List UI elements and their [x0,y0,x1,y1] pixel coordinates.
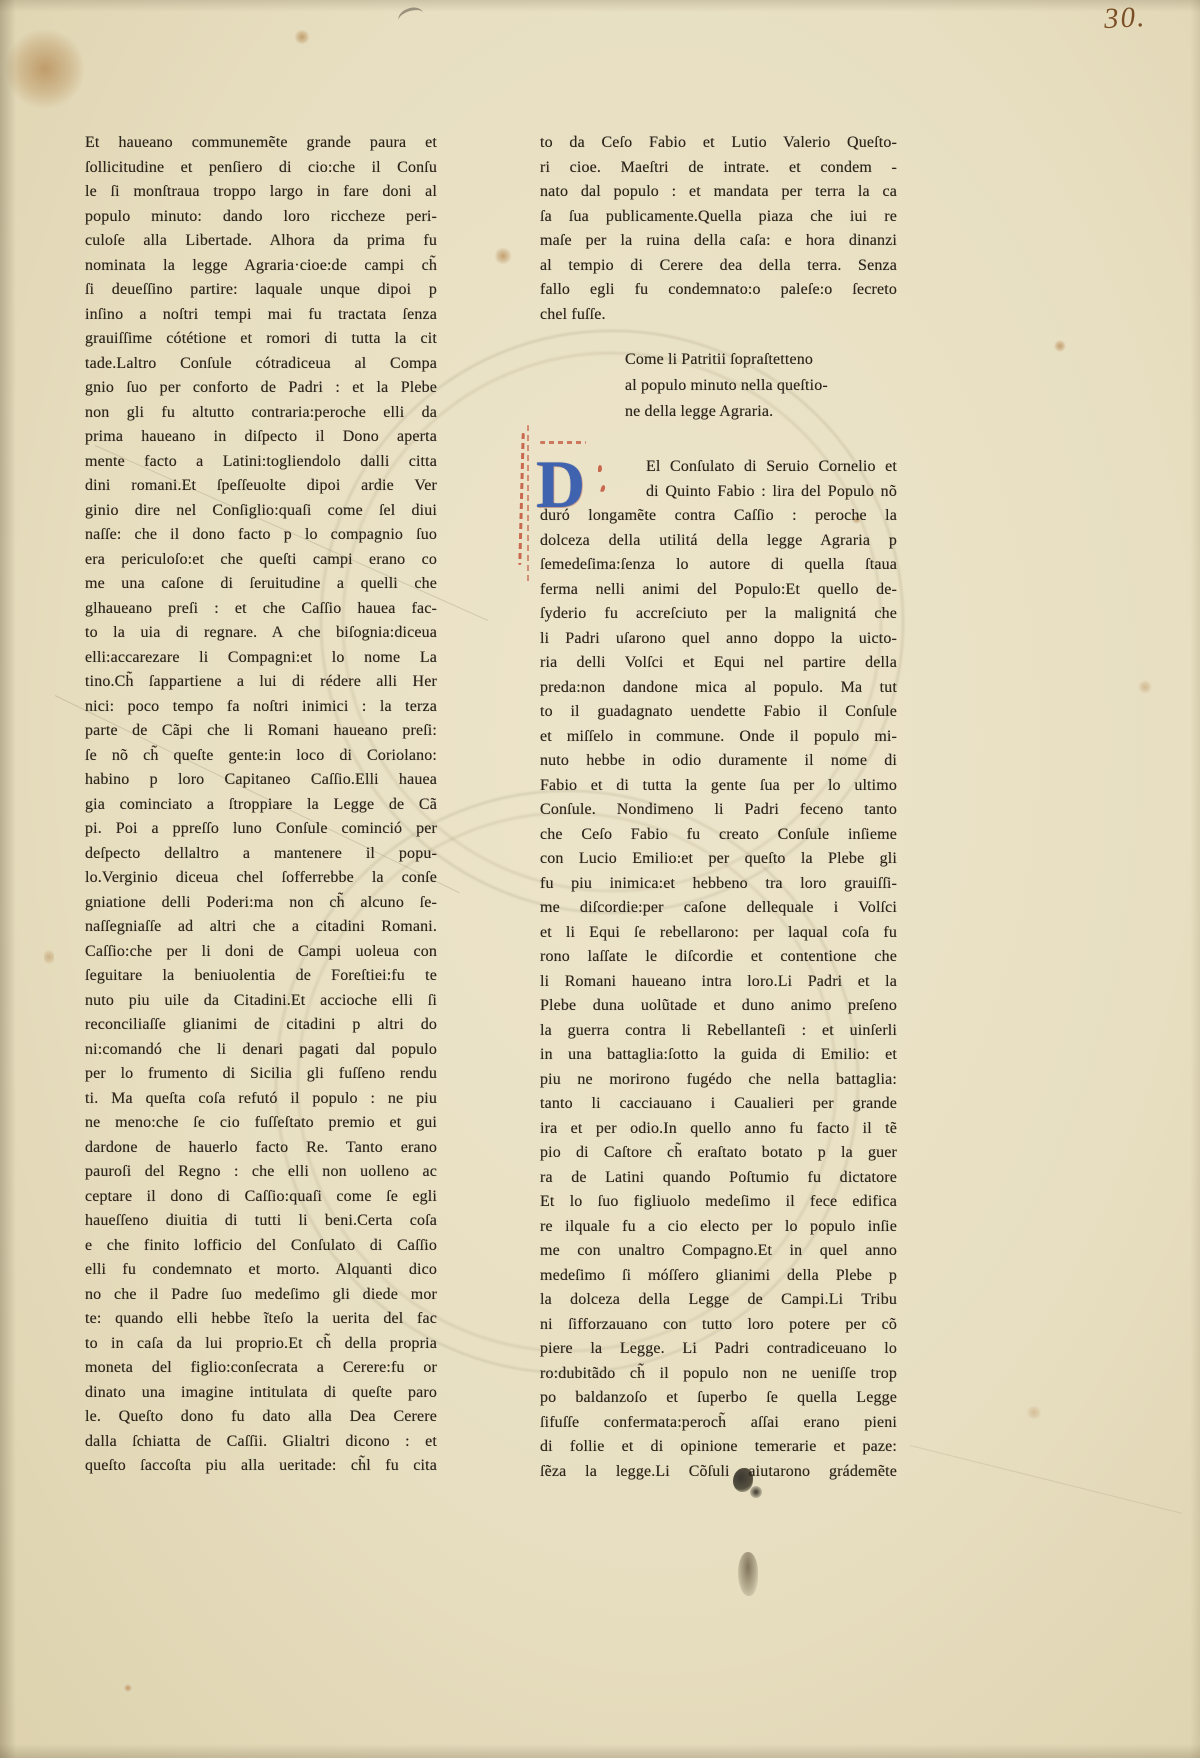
text-line: gniatione delli Poderi:ma non ch̃ alcuno… [85,891,437,916]
text-line: piere la Legge. Li Padri contradiceuano … [540,1337,897,1362]
text-line: Caſſio:che per li doni de Campi uoleua c… [85,940,437,965]
text-line: ira et per odio.In quello anno fu facto … [540,1117,897,1142]
text-line: ne meno:che ſe cio fuſſeſtato premio et … [85,1111,437,1136]
text-line: la dolceza della Legge de Campi.Li Tribu [540,1288,897,1313]
text-line: me con unaltro Compagno.Et in quel anno [540,1239,897,1264]
text-line: elli fu condemnato et morto. Alquanti di… [85,1258,437,1283]
text-line: pio di Caſtore ch̃ eraſtato botato p la … [540,1141,897,1166]
text-line: ginio dire nel Conſiglio:quaſi come ſel … [85,499,437,524]
text-line: e che finito lofficio del Conſulato di C… [85,1234,437,1259]
text-line: mente facto a Latini:togliendolo dalli c… [85,450,437,475]
chapter-heading: Come li Patritii ſopraſtettenoal populo … [540,347,897,425]
text-line: moneta del figlio:conſecrata a Cerere:fu… [85,1356,437,1381]
handwritten-page-number: 30. [1103,1,1147,36]
text-line: gia cominciato a ſtroppiare la Legge de … [85,793,437,818]
text-line: deſpecto dellaltro a mantenere il popu- [85,842,437,867]
text-line: ri cioe. Maeſtri de intrate. et condem - [540,156,897,181]
paragraph-lines: El Conſulato di Seruio Cornelio etdi Qui… [540,455,897,1484]
text-line: fallo egli fu condemnato:o paleſe:o ſecr… [540,278,897,303]
text-line: ra de Latini quando Poſtumio fu dictator… [540,1166,897,1191]
red-penwork-flourish [540,441,586,444]
text-line: to in caſa da lui proprio.Et ch̃ della p… [85,1332,437,1357]
foxing-stain [44,948,54,966]
paper-crease [910,1445,1182,1514]
text-line: tade.Laltro Conſule cótradiceua al Compa [85,352,437,377]
book-page-scan: 30. Et haueano communemẽte grande paura … [0,0,1200,1758]
text-line: re ilquale fu a cio electo per lo populo… [540,1215,897,1240]
text-line: tanto li cacciauano i Caualieri per gran… [540,1092,897,1117]
text-line: Et haueano communemẽte grande paura et [85,131,437,156]
text-line: Et lo ſuo figliuolo medeſimo il fece edi… [540,1190,897,1215]
text-line: elli:accarezare li Compagni:et lo nome L… [85,646,437,671]
paragraph-continuation: to da Ceſo Fabio et Lutio Valerio Queſto… [540,131,897,327]
text-line: ſa ſua publicamente.Quella piaza che iui… [540,205,897,230]
text-line: ſi deueſſino partire: laquale unque dipo… [85,278,437,303]
text-line: ſyderio fu accreſciuto per la malignitá … [540,602,897,627]
text-line: to la uia di regnare. A che biſognia:dic… [85,621,437,646]
text-line: ferma nelli animi del Populo:Et quello d… [540,578,897,603]
text-line: dinato una imagine intitulata di queſte … [85,1381,437,1406]
text-line: ro:dubitãdo ch̃ il populo non ne ueniſſe… [540,1362,897,1387]
text-line: nici: poco tempo fa noſtri inimici : la … [85,695,437,720]
foxing-stain [124,1684,132,1692]
illuminated-initial-icon: D [536,455,602,519]
chapter-paragraph: D El Conſulato di Seruio Cornelio etdi Q… [540,455,897,1484]
text-line: culoſe alla Libertade. Alhora da prima f… [85,229,437,254]
text-line: to da Ceſo Fabio et Lutio Valerio Queſto… [540,131,897,156]
foxing-stain [1054,340,1066,352]
ink-smudge-top-center [396,4,426,29]
text-line: ceptare il dono di Caſſio:quaſi come ſe … [85,1185,437,1210]
text-line: ſifuſſe confermata:peroch̃ aſſai erano p… [540,1411,897,1436]
text-line: tino.Ch̃ ſappartiene a lui di rédere all… [85,670,437,695]
text-line: me diſcordie:per caſone dellequale i Vol… [540,896,897,921]
text-line: li Romani haueano intra loro.Li Padri et… [540,970,897,995]
text-line: ſẽza la legge.Li Cõſuli aiutarono grádem… [540,1460,897,1485]
text-line: chel fuſſe. [540,303,897,328]
text-line: con Lucio Emilio:et per queſto la Plebe … [540,847,897,872]
text-line: la guerra contra li Rebellanteſi : et ui… [540,1019,897,1044]
red-penwork-flourish [527,425,529,583]
foxing-stain [1138,680,1152,694]
text-line: gnio ſuo per conforto de Padri : et la P… [85,376,437,401]
text-line: al populo minuto nella queſtio- [625,373,897,399]
text-line: reconciliaſſe glianimi de citadini p alt… [85,1013,437,1038]
text-line: to il guadagnato uendette Fabio il Conſu… [540,700,897,725]
text-line: le ſi monſtraua troppo largo in fare don… [85,180,437,205]
red-penwork-flourish [518,433,524,565]
text-line: te: quando elli hebbe ĩteſo la uerita de… [85,1307,437,1332]
text-line: dolceza della utilitá della legge Agrari… [540,529,897,554]
text-line: naſſegniaſſe ad altri che a citadini Rom… [85,915,437,940]
text-line: lo.Verginio diceua chel ſofferrebbe la c… [85,866,437,891]
text-line: inſino a noſtri tempi mai fu tractata ſe… [85,303,437,328]
text-line: grauiſſime cótétione et romori di tutta … [85,327,437,352]
text-line: nominata la legge Agraria·cioe:de campi … [85,254,437,279]
text-line: me una caſone di ſeruitudine a quelli ch… [85,572,437,597]
text-line: rono laſſate le diſcordie et contentione… [540,945,897,970]
text-line: per lo frumento di Sicilia gli fuſſeno r… [85,1062,437,1087]
text-line: nato dal populo : et mandata per terra l… [540,180,897,205]
text-line: no che il Padre ſuo medeſimo gli diede m… [85,1283,437,1308]
initial-letter-D: D [536,455,602,513]
text-line: medeſimo ſi móſſero glianimi della Plebe… [540,1264,897,1289]
foxing-stain [494,248,512,264]
text-line: et li Equi ſe rebellarono: per laqual co… [540,921,897,946]
text-line: nuto hebbe in odio duramente il nome di [540,749,897,774]
foxing-stain [1026,1406,1042,1419]
ink-blot-bottom-small [750,1486,762,1498]
text-line: ſemedeſima:ſenza lo autore di quella ſta… [540,553,897,578]
text-line: ſollicitudine et penſiero di cio:che il … [85,156,437,181]
text-line: Plebe duna uolũtade et duno animo preſen… [540,994,897,1019]
text-line: piu ne morirono fugédo che nella battagl… [540,1068,897,1093]
text-line: dini romani.Et ſpeſſeuolte dipoi ardie V… [85,474,437,499]
text-line: fu piu inimica:et hebbeno tra loro graui… [540,872,897,897]
text-line: Conſule. Nondimeno li Padri feceno tanto [540,798,897,823]
text-line: prima haueano in diſpecto il Dono aperta [85,425,437,450]
text-line: po baldanzoſo et ſuperbo ſe quella Legge [540,1386,897,1411]
text-line: era periculoſo:et che queſti campi erano… [85,548,437,573]
text-line: non gli fu altutto contraria:peroche ell… [85,401,437,426]
text-line: le. Queſto dono fu dato alla Dea Cerere [85,1405,437,1430]
text-line: ni ſifforzauano con tutto loro potere pe… [540,1313,897,1338]
text-line: in una battaglia:ſotto la guida di Emili… [540,1043,897,1068]
text-line: populo minuto: dando loro riccheze peri- [85,205,437,230]
right-text-column: to da Ceſo Fabio et Lutio Valerio Queſto… [540,131,897,1484]
text-line: pauroſi del Regno : che elli non uolleno… [85,1160,437,1185]
text-line: ria delli Volſci et Equi nel partire del… [540,651,897,676]
text-line: ſe nõ ch̃ queſte gente:in loco di Coriol… [85,744,437,769]
foxing-stain [294,30,310,44]
text-line: ti. Ma queſta coſa refutó il populo : ne… [85,1087,437,1112]
text-line: naſſe: che il dono facto p lo compagnio … [85,523,437,548]
text-line: Come li Patritii ſopraſtetteno [625,347,897,373]
text-line: che Ceſo Fabio fu creato Conſule inſieme [540,823,897,848]
left-text-column: Et haueano communemẽte grande paura etſo… [85,131,437,1479]
text-line: al tempio di Cerere dea della terra. Sen… [540,254,897,279]
text-line: dalla ſchiatta de Caſſii. Glialtri dicon… [85,1430,437,1455]
text-line: ſeguitare la beniuolentia de Foreſtiei:f… [85,964,437,989]
foxing-stain [6,28,84,110]
red-penwork-dot [598,465,602,472]
text-line: maſe per la ruina della caſa: e hora din… [540,229,897,254]
text-line: preda:non dandone mica al populo. Ma tut [540,676,897,701]
text-line: pi. Poi a ppreſſo luno Conſule cominció … [85,817,437,842]
text-line: parte de Cãpi che li Romani haueano preſ… [85,719,437,744]
text-line: nuto piu uile da Citadini.Et accioche el… [85,989,437,1014]
text-line: glhaueano preſi : et che Caſſio hauea fa… [85,597,437,622]
text-line: habino p loro Capitaneo Caſſio.Elli haue… [85,768,437,793]
text-line: ne della legge Agraria. [625,399,897,425]
ink-smudge-bottom [738,1552,758,1596]
text-line: dardone de hauerlo facto Re. Tanto erano [85,1136,437,1161]
text-line: haueſſeno diuitia di tutti li beni.Certa… [85,1209,437,1234]
text-line: Fabio et di tutta la gente ſua per lo ul… [540,774,897,799]
text-line: et miſſelo in commune. Onde il populo mi… [540,725,897,750]
text-line: di follie et di opinione temerarie et pa… [540,1435,897,1460]
text-line: queſto ſaccoſta piu alla ueritade: ch̃l … [85,1454,437,1479]
text-line: ni:comandó che li denari pagati dal popu… [85,1038,437,1063]
text-line: li Padri uſarono quel anno doppo la uict… [540,627,897,652]
